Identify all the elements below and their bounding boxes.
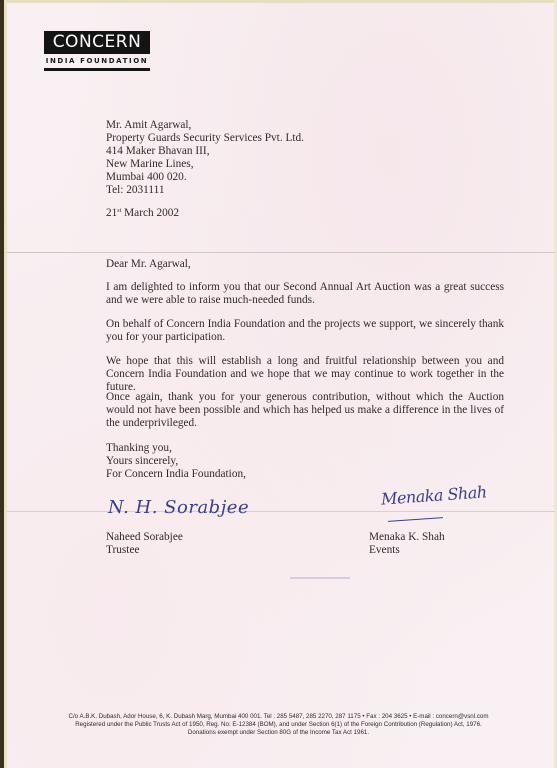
recipient-phone: Tel: 2031111 [106,184,504,197]
letter-page: CONCERN INDIA FOUNDATION Mr. Amit Agarwa… [0,0,557,768]
recipient-name: Mr. Amit Agarwal, [106,119,504,132]
address-city: Mumbai 400 020. [106,171,504,184]
closing-line: Thanking you, [106,442,504,455]
recipient-company: Property Guards Security Services Pvt. L… [106,132,504,145]
logo-underline [44,68,150,71]
paragraph: We hope that this will establish a long … [106,355,504,394]
date-day: 21 [106,207,117,219]
paragraph: On behalf of Concern India Foundation an… [106,318,504,344]
bleed-through-mark [290,577,350,579]
closing: Thanking you, Yours sincerely, For Conce… [106,442,504,481]
logo-subtitle: INDIA FOUNDATION [44,57,150,65]
paragraph: I am delighted to inform you that our Se… [106,281,504,307]
letterhead-footer: C/o A.B.K. Dubash, Ador House, 6, K. Dub… [20,713,537,737]
signatory-name: Naheed Sorabjee [106,531,183,544]
signatory-name: Menaka K. Shah [369,531,445,544]
signature-shah: Menaka Shah [380,482,487,508]
date-month-year: March 2002 [121,207,179,219]
footer-registration: Registered under the Public Trusts Act o… [20,721,537,729]
fold-line [7,252,555,253]
paragraph: Once again, thank you for your generous … [106,391,504,430]
fold-line [7,511,555,512]
concern-logo: CONCERN INDIA FOUNDATION [44,31,150,71]
signatory-block: Naheed Sorabjee Trustee [106,531,183,557]
paper-edge-left [4,0,7,768]
recipient-address: Mr. Amit Agarwal, Property Guards Securi… [106,119,504,197]
signature-underline [388,517,443,522]
signatory-block: Menaka K. Shah Events [369,531,445,557]
letter-date: 21st March 2002 [106,205,504,220]
paper-edge-top [0,0,557,3]
address-line: 414 Maker Bhavan III, [106,145,504,158]
logo-wordmark: CONCERN [44,31,150,54]
signatory-title: Trustee [106,544,183,557]
footer-address: C/o A.B.K. Dubash, Ador House, 6, K. Dub… [20,713,537,721]
footer-tax-exemption: Donations exempt under Section 80G of th… [20,729,537,737]
signatory-title: Events [369,544,445,557]
closing-line: Yours sincerely, [106,455,504,468]
closing-line: For Concern India Foundation, [106,468,504,481]
signature-sorabjee: N. H. Sorabjee [108,497,249,518]
salutation: Dear Mr. Agarwal, [106,258,504,271]
address-line: New Marine Lines, [106,158,504,171]
